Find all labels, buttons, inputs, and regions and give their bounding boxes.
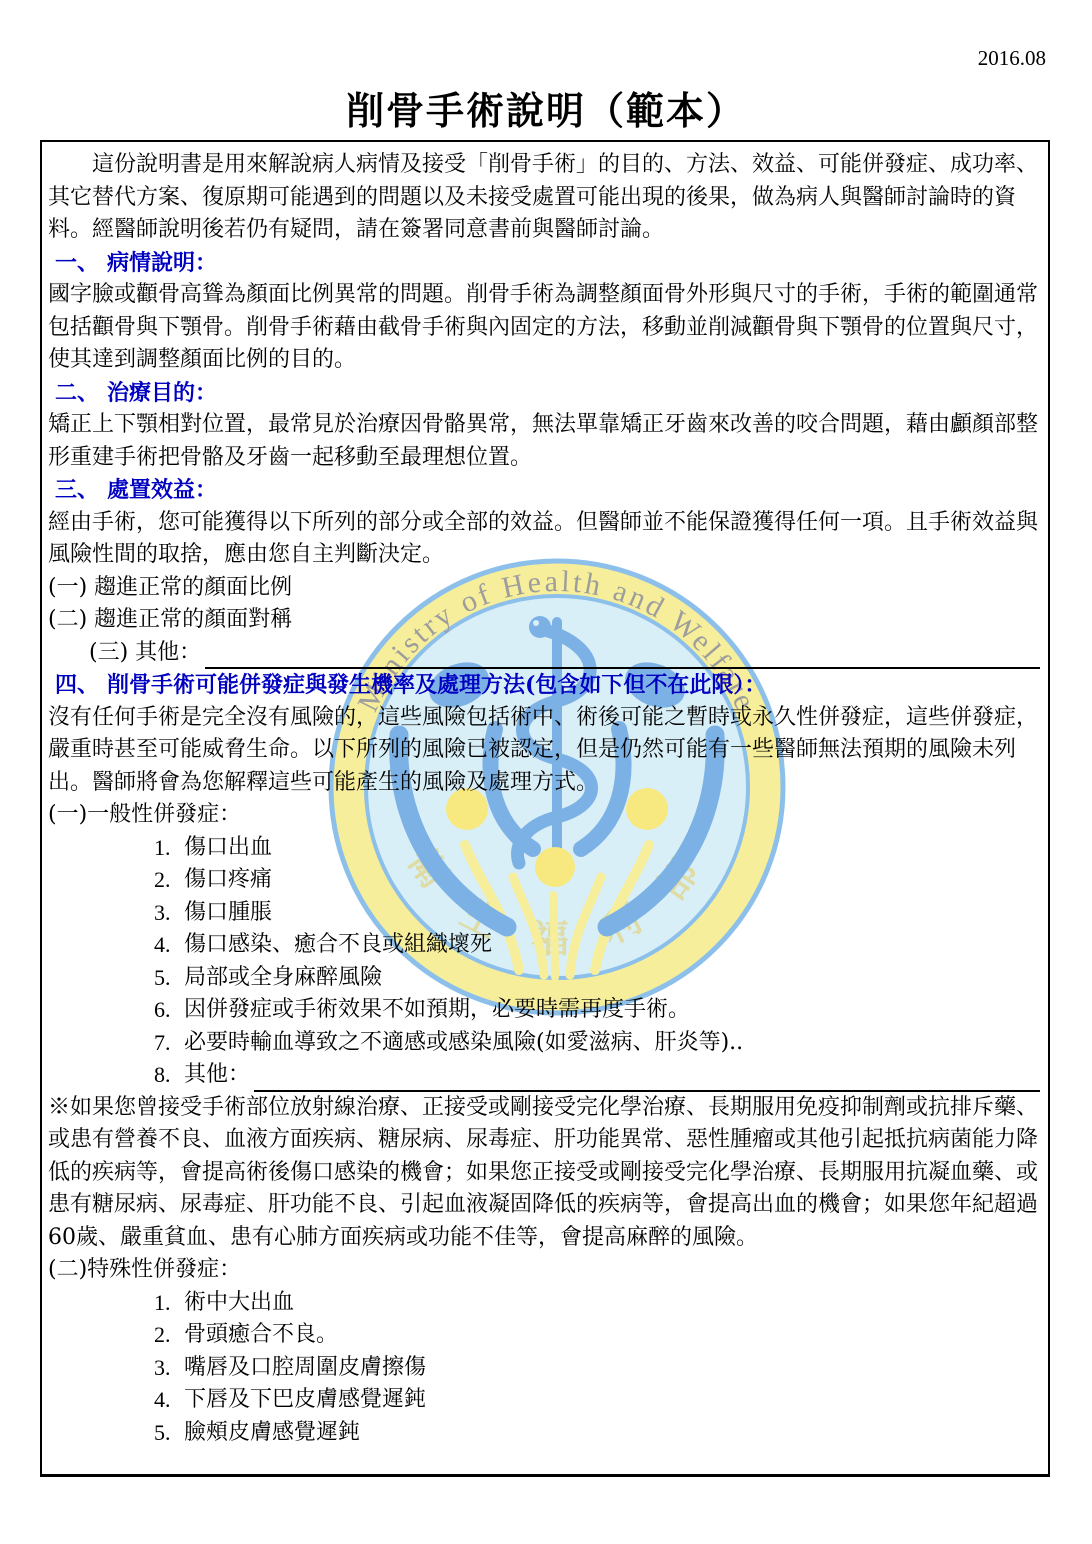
section-number: 四、 bbox=[55, 669, 99, 702]
general-complications-label: (一)一般性併發症： bbox=[48, 799, 1040, 832]
section-number: 二、 bbox=[55, 377, 99, 410]
item-text: 傷口出血 bbox=[184, 832, 272, 865]
special-complications-label: (二)特殊性併發症： bbox=[48, 1254, 1040, 1287]
risk-note-paragraph: ※如果您曾接受手術部位放射線治療、正接受或剛接受完化學治療、長期服用免疫抑制劑或… bbox=[48, 1092, 1040, 1255]
list-item: 5. 局部或全身麻醉風險 bbox=[154, 962, 1040, 995]
section-number: 三、 bbox=[55, 474, 99, 507]
document-border-box: Ministry of Health and Welfare 衛 生 福 利 部 bbox=[40, 140, 1050, 1477]
other-label: (三) 其他： bbox=[89, 637, 201, 670]
item-number: 3. bbox=[154, 1352, 184, 1385]
document-page: { "page": { "date": "2016.08", "title": … bbox=[0, 0, 1092, 1544]
item-number: 7. bbox=[154, 1027, 184, 1060]
item-text: 骨頭癒合不良。 bbox=[184, 1319, 338, 1352]
list-item: 7. 必要時輸血導致之不適感或感染風險(如愛滋病、肝炎等).. bbox=[154, 1027, 1040, 1060]
item-text: 傷口腫脹 bbox=[184, 897, 272, 930]
blank-underline-field bbox=[254, 1064, 1040, 1092]
page-title: 削骨手術說明（範本） bbox=[0, 80, 1092, 135]
list-item: 2. 骨頭癒合不良。 bbox=[154, 1319, 1040, 1352]
item-number: 1. bbox=[154, 832, 184, 865]
item-number: 4. bbox=[154, 929, 184, 962]
section-2-body: 矯正上下顎相對位置，最常見於治療因骨骼異常，無法單靠矯正牙齒來改善的咬合問題，藉… bbox=[48, 409, 1040, 474]
section-number: 一、 bbox=[55, 247, 99, 280]
item-text: 傷口疼痛 bbox=[184, 864, 272, 897]
item-number: 5. bbox=[154, 1417, 184, 1450]
intro-paragraph: 這份說明書是用來解說病人病情及接受「削骨手術」的目的、方法、效益、可能併發症、成… bbox=[48, 149, 1040, 247]
item-number: 4. bbox=[154, 1384, 184, 1417]
list-item: 1. 傷口出血 bbox=[154, 832, 1040, 865]
item-text: 傷口感染、癒合不良或組織壞死 bbox=[184, 929, 492, 962]
item-number: 3. bbox=[154, 897, 184, 930]
general-complications-list: 1. 傷口出血 2. 傷口疼痛 3. 傷口腫脹 4. 傷口感染、癒合不良或組織壞… bbox=[48, 832, 1040, 1060]
item-text: 因併發症或手術效果不如預期，必要時需再度手術。 bbox=[184, 994, 690, 1027]
list-item: 2. 傷口疼痛 bbox=[154, 864, 1040, 897]
item-text: 嘴唇及口腔周圍皮膚擦傷 bbox=[184, 1352, 426, 1385]
general-other-row: 8. 其他： bbox=[154, 1059, 1040, 1092]
item-number: 6. bbox=[154, 994, 184, 1027]
item-text: 術中大出血 bbox=[184, 1287, 294, 1320]
list-item: 3. 嘴唇及口腔周圍皮膚擦傷 bbox=[154, 1352, 1040, 1385]
document-content: 這份說明書是用來解說病人病情及接受「削骨手術」的目的、方法、效益、可能併發症、成… bbox=[42, 142, 1048, 1449]
section-1-heading: 一、病情說明： bbox=[48, 247, 1040, 280]
other-label: 其他： bbox=[184, 1059, 250, 1092]
benefit-item: (一) 趨進正常的顏面比例 bbox=[48, 572, 1040, 605]
section-title: 治療目的： bbox=[107, 380, 217, 406]
list-item: 1. 術中大出血 bbox=[154, 1287, 1040, 1320]
section-2-heading: 二、治療目的： bbox=[48, 377, 1040, 410]
blank-underline-field bbox=[205, 641, 1040, 669]
section-title: 處置效益： bbox=[107, 477, 217, 503]
item-text: 局部或全身麻醉風險 bbox=[184, 962, 382, 995]
item-number: 2. bbox=[154, 864, 184, 897]
list-item: 3. 傷口腫脹 bbox=[154, 897, 1040, 930]
item-number: 8. bbox=[154, 1059, 184, 1092]
item-text: 必要時輸血導致之不適感或感染風險(如愛滋病、肝炎等).. bbox=[184, 1027, 743, 1060]
list-item: 5. 臉頰皮膚感覺遲鈍 bbox=[154, 1417, 1040, 1450]
list-item: 4. 下唇及下巴皮膚感覺遲鈍 bbox=[154, 1384, 1040, 1417]
benefit-item: (二) 趨進正常的顏面對稱 bbox=[48, 604, 1040, 637]
list-item: 4. 傷口感染、癒合不良或組織壞死 bbox=[154, 929, 1040, 962]
item-number: 1. bbox=[154, 1287, 184, 1320]
section-3-body: 經由手術，您可能獲得以下所列的部分或全部的效益。但醫師並不能保證獲得任何一項。且… bbox=[48, 507, 1040, 572]
special-complications-list: 1. 術中大出血 2. 骨頭癒合不良。 3. 嘴唇及口腔周圍皮膚擦傷 4. 下唇… bbox=[48, 1287, 1040, 1450]
section-4-heading: 四、削骨手術可能併發症與發生機率及處理方法(包含如下但不在此限）： bbox=[48, 669, 1040, 702]
section-title: 病情說明： bbox=[107, 250, 217, 276]
benefit-other-row: (三) 其他： bbox=[89, 637, 1040, 670]
section-3-heading: 三、處置效益： bbox=[48, 474, 1040, 507]
section-4-body: 沒有任何手術是完全沒有風險的，這些風險包括術中、術後可能之暫時或永久性併發症，這… bbox=[48, 702, 1040, 800]
list-item: 6. 因併發症或手術效果不如預期，必要時需再度手術。 bbox=[154, 994, 1040, 1027]
section-title: 削骨手術可能併發症與發生機率及處理方法(包含如下但不在此限）： bbox=[107, 672, 766, 698]
item-number: 2. bbox=[154, 1319, 184, 1352]
doc-date: 2016.08 bbox=[978, 46, 1046, 71]
section-1-body: 國字臉或顴骨高聳為顏面比例異常的問題。削骨手術為調整顏面骨外形與尺寸的手術，手術… bbox=[48, 279, 1040, 377]
benefit-list: (一) 趨進正常的顏面比例 (二) 趨進正常的顏面對稱 bbox=[48, 572, 1040, 637]
item-text: 臉頰皮膚感覺遲鈍 bbox=[184, 1417, 360, 1450]
item-number: 5. bbox=[154, 962, 184, 995]
item-text: 下唇及下巴皮膚感覺遲鈍 bbox=[184, 1384, 426, 1417]
